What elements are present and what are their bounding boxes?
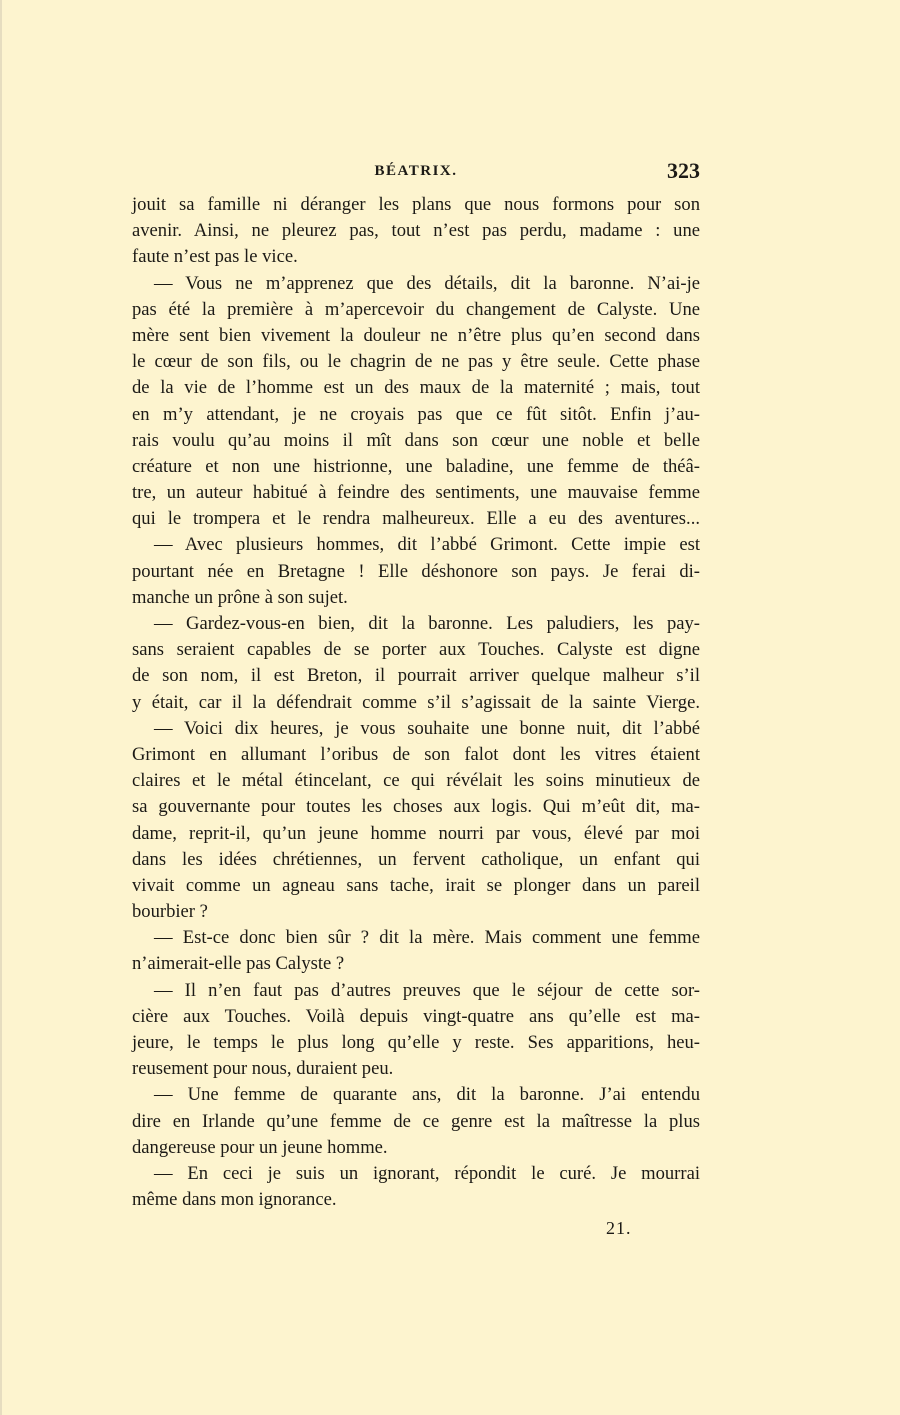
text-line: de son nom, il est Breton, il pourrait a… [132,663,700,689]
text-line: sa gouvernante pour toutes les choses au… [132,794,700,820]
text-line: tre, un auteur habitué à feindre des sen… [132,480,700,506]
text-line: jeure, le temps le plus long qu’elle y r… [132,1030,700,1056]
page-number: 323 [667,158,700,184]
text-line: qui le trompera et le rendra malheureux.… [132,506,700,532]
text-line: Grimont en allumant l’oribus de son falo… [132,742,700,768]
text-line: reusement pour nous, duraient peu. [132,1056,700,1082]
text-line: cière aux Touches. Voilà depuis vingt-qu… [132,1004,700,1030]
text-line: sans seraient capables de se porter aux … [132,637,700,663]
text-line: jouit sa famille ni déranger les plans q… [132,192,700,218]
text-line: dangereuse pour un jeune homme. [132,1135,700,1161]
text-line: — Voici dix heures, je vous souhaite une… [132,716,700,742]
page-header: BÉATRIX. 323 [132,158,700,188]
text-line: vivait comme un agneau sans tache, irait… [132,873,700,899]
text-line: en m’y attendant, je ne croyais pas que … [132,402,700,428]
text-line: claires et le métal étincelant, ce qui r… [132,768,700,794]
text-line: dame, reprit-il, qu’un jeune homme nourr… [132,821,700,847]
text-line: manche un prône à son sujet. [132,585,700,611]
signature-mark: 21. [606,1218,632,1239]
text-line: — Gardez-vous-en bien, dit la baronne. L… [132,611,700,637]
text-line: — Avec plusieurs hommes, dit l’abbé Grim… [132,532,700,558]
text-line: pourtant née en Bretagne ! Elle déshonor… [132,559,700,585]
text-line: — En ceci je suis un ignorant, répondit … [132,1161,700,1187]
body-text: jouit sa famille ni déranger les plans q… [132,192,700,1213]
text-line: — Est-ce donc bien sûr ? dit la mère. Ma… [132,925,700,951]
text-line: — Une femme de quarante ans, dit la baro… [132,1082,700,1108]
text-line: y était, car il la défendrait comme s’il… [132,690,700,716]
text-line: dans les idées chrétiennes, un fervent c… [132,847,700,873]
text-line: créature et non une histrionne, une bala… [132,454,700,480]
text-line: rais voulu qu’au moins il mît dans son c… [132,428,700,454]
text-line: — Il n’en faut pas d’autres preuves que … [132,978,700,1004]
page-edge [0,0,2,1415]
text-line: dire en Irlande qu’une femme de ce genre… [132,1109,700,1135]
text-line: même dans mon ignorance. [132,1187,700,1213]
text-line: mère sent bien vivement la douleur ne n’… [132,323,700,349]
running-title: BÉATRIX. [132,163,700,180]
text-line: bourbier ? [132,899,700,925]
text-line: pas été la première à m’apercevoir du ch… [132,297,700,323]
text-line: n’aimerait-elle pas Calyste ? [132,951,700,977]
text-line: — Vous ne m’apprenez que des détails, di… [132,271,700,297]
text-line: faute n’est pas le vice. [132,244,700,270]
text-line: avenir. Ainsi, ne pleurez pas, tout n’es… [132,218,700,244]
text-line: le cœur de son fils, ou le chagrin de ne… [132,349,700,375]
text-line: de la vie de l’homme est un des maux de … [132,375,700,401]
